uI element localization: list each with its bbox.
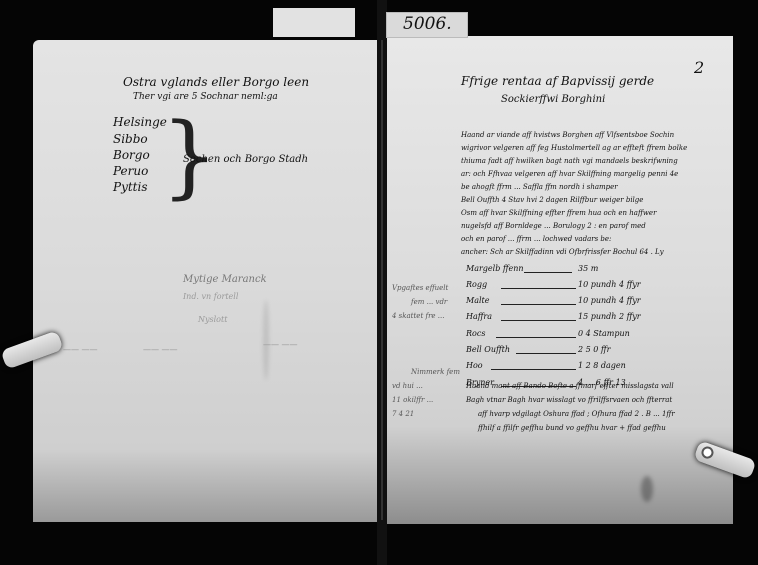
- ledger-value: 35 m: [578, 264, 598, 273]
- text-line: och en parof ... ffrm ... lochwed vadars…: [461, 235, 611, 243]
- margin-note: Vpgaftes effuelt: [392, 284, 448, 292]
- faint-note: Mytige Maranck: [183, 274, 267, 285]
- ledger-rule: [501, 320, 576, 321]
- ledger-rule: [516, 353, 576, 354]
- ledger-rule: [496, 337, 576, 338]
- left-heading-line1: Ostra vglands eller Borgo leen: [123, 75, 309, 89]
- text-line: ar: och Ffhvaa velgeren aff hvar Skilffn…: [461, 170, 678, 178]
- archive-number: 5006.: [403, 14, 452, 34]
- faint-note: Nyslott: [198, 315, 227, 324]
- top-tab-strip: [273, 8, 355, 37]
- ink-stain: [641, 476, 653, 502]
- ledger-value: 1 2 8 dagen: [578, 361, 626, 370]
- ledger-item: Hoo: [466, 361, 483, 370]
- ledger-item: Rogg: [466, 280, 487, 289]
- ledger-item: Bell Ouffth: [466, 345, 510, 354]
- text-line: Osm aff hvar Skilffning effter ffrem hua…: [461, 209, 656, 217]
- parish-item: Sibbo: [113, 132, 148, 146]
- ledger-item: Haffra: [466, 312, 492, 321]
- ledger-rule: [501, 288, 576, 289]
- parish-item: Borgo: [113, 148, 150, 162]
- text-line: Bagh vtnar Bagh hvar wisslagt vo ffrilff…: [466, 396, 672, 404]
- margin-note: Nimmerk fem: [411, 368, 460, 376]
- margin-note: fem ... vdr: [411, 298, 447, 306]
- faint-note: —— ——: [143, 345, 178, 354]
- faint-note: Ind. vn fortell: [183, 292, 238, 301]
- ledger-item: Malte: [466, 296, 489, 305]
- ledger-value: 10 pundh 4 ffyr: [578, 296, 641, 305]
- left-page: Ostra vglands eller Borgo leen Ther vgi …: [33, 40, 380, 522]
- margin-note: 11 okilffr ...: [392, 396, 433, 404]
- text-line: wigrivor velgeren aff feg Hustolmertell …: [461, 144, 687, 152]
- ledger-rule: [491, 369, 576, 370]
- right-heading-line1: Ffrige rentaa af Bapvissij gerde: [461, 74, 654, 88]
- faint-note: —— ——: [63, 345, 98, 354]
- margin-note: 4 skattet fre ...: [392, 312, 444, 320]
- parish-item: Peruo: [113, 164, 148, 178]
- page-number: 2: [694, 58, 704, 77]
- ledger-value: 15 pundh 2 ffyr: [578, 312, 641, 321]
- archive-label: 5006.: [386, 12, 468, 38]
- ledger-value: 0 4 Stampun: [578, 329, 630, 338]
- left-heading-line2: Ther vgi are 5 Sochnar neml:ga: [133, 92, 278, 102]
- ledger-value: 10 pundh 4 ffyr: [578, 280, 641, 289]
- text-line: Haand ar viande aff hvistws Borghen aff …: [461, 131, 674, 139]
- ledger-item: Margelb ffenn: [466, 264, 524, 273]
- text-line: aff hvarp vdgilagt Oshura ffad ; Ofhura …: [478, 410, 675, 418]
- margin-note: vd hui ...: [392, 382, 423, 390]
- right-page: 2 Ffrige rentaa af Bapvissij gerde Socki…: [386, 36, 733, 524]
- binding-line: [381, 40, 383, 520]
- right-heading-line2: Sockierffwi Borghini: [501, 94, 605, 105]
- text-line: nugelsfd aff Bornldege ... Borulogy 2 : …: [461, 222, 646, 230]
- text-line: ancher: Sch ar Skilffadinn vdi Ofbrfriss…: [461, 248, 664, 256]
- brace-note: Sochen och Borgo Stadh: [183, 154, 308, 165]
- ledger-rule: [501, 304, 576, 305]
- text-line: be ahogft ffrm ... Saffla ffm nordh i sh…: [461, 183, 618, 191]
- ledger-item: Rocs: [466, 329, 485, 338]
- screw-icon: [700, 445, 715, 460]
- ledger-rule: [524, 272, 572, 273]
- faint-note: —— ——: [263, 340, 298, 349]
- text-line: thiuma fadt aff hwilken bagt nath vgi ma…: [461, 157, 678, 165]
- parish-item: Pyttis: [113, 180, 148, 194]
- margin-note: 7 4 21: [392, 410, 414, 418]
- text-line: ffhilf a ffilfr geffhu bund vo geffhu hv…: [478, 424, 666, 432]
- text-line: Haand mant aff Bando Bofte a ffmarf efft…: [466, 382, 674, 390]
- text-line: Bell Ouffth 4 Stav hvi 2 dagen Rilffbur …: [461, 196, 643, 204]
- ledger-value: 2 5 0 ffr: [578, 345, 610, 354]
- parish-item: Helsinge: [113, 115, 167, 129]
